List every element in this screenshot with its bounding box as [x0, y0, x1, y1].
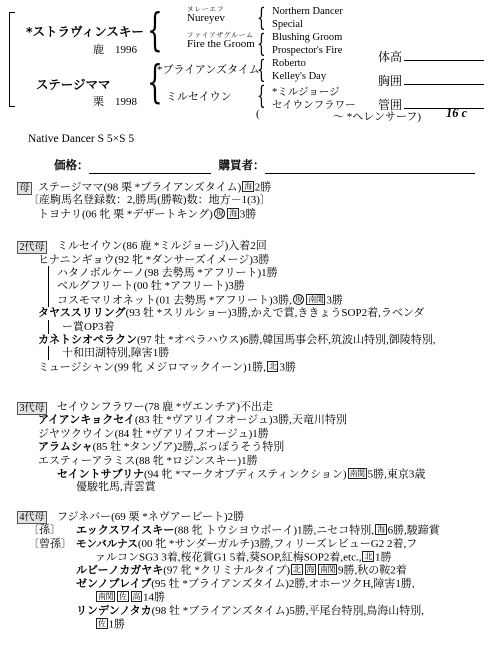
region-mark: 海: [305, 564, 317, 575]
race-record-text: (92 牝 *ダンサーズイメージ)3勝: [115, 254, 270, 266]
measurement-girth: 胸囲: [378, 72, 484, 90]
tree-bar: [48, 293, 49, 307]
race-record-text: 1勝: [109, 618, 126, 630]
line-content: タヤススリリング(93 牡 *スリルショー)3勝,かえで賞,ききょうSOP2着,…: [0, 307, 424, 320]
catalog-body: 母ステージママ(98 栗 *ブライアンズタイム)海2勝〔産駒馬名登録数：2,勝馬…: [0, 181, 500, 631]
race-record-text: (98 去勢馬 *アフリート)1勝: [144, 267, 277, 279]
horse-line: ー賞OP3着: [0, 321, 500, 334]
measurement-label: 胸囲: [378, 74, 402, 88]
race-record-text: 優駿牝馬,青雲賞: [76, 481, 156, 493]
horse-line: タヤススリリング(93 牡 *スリルショー)3勝,かえで賞,ききょうSOP2着,…: [0, 307, 500, 320]
horse-name: リンデンノタカ: [76, 605, 152, 617]
horse-line: 2代母ミルセイウン(86 鹿 *ミルジョージ)入着2回: [0, 240, 500, 253]
horse-line: ヒナニンギョウ(92 牝 *ダンサーズイメージ)3勝: [0, 254, 500, 267]
line-content: 優駿牝馬,青雲賞: [0, 481, 156, 494]
horse-name: ミルセイウン: [57, 240, 123, 252]
race-record-text: 6勝,駿蹄賞: [388, 525, 440, 537]
ggp-brace-4: {: [257, 83, 266, 109]
family-open-paren: (: [256, 108, 260, 120]
ggp-brace-1: {: [257, 5, 266, 31]
race-record-text: (88 牝 *ロジンスキー)1勝: [135, 455, 257, 467]
ggp-name: Special: [272, 19, 303, 30]
horse-line: 母ステージママ(98 栗 *ブライアンズタイム)海2勝: [0, 181, 500, 194]
horse-name: アラムシャ: [38, 441, 93, 453]
horse-name: タヤススリリング: [38, 307, 126, 319]
horse-name: ミュージシャン: [38, 361, 114, 373]
section-label: 3代母: [17, 402, 47, 415]
pedigree-section: 3代母セイウンフラワー(78 鹿 *ヴエンチア)不出走アイアンキョクセイ(83 …: [0, 401, 500, 495]
grandsire-name: Nureyev: [187, 12, 225, 24]
price-label: 価格：: [54, 160, 89, 172]
race-record-text: 5勝,東京3歳: [368, 469, 426, 481]
race-record-text: (00 牡 *アフリート)3勝: [133, 280, 244, 292]
race-record-text: 1勝: [375, 551, 392, 563]
race-record-text: 3勝: [240, 208, 257, 220]
sire-brace: {: [147, 7, 163, 53]
line-content: トヨナリ(06 牝 栗 *デザートキング)現海3勝: [0, 208, 256, 222]
pedigree-outer-bracket: [9, 12, 15, 107]
pedigree-section: 2代母ミルセイウン(86 鹿 *ミルジョージ)入着2回ヒナニンギョウ(92 牝 …: [0, 240, 500, 374]
status-mark: 現: [293, 294, 305, 305]
dam-coat-year: 栗 1998: [93, 93, 137, 109]
race-record-text: 3勝: [279, 361, 296, 373]
horse-line: コスモマリオネット(01 去勢馬 *アフリート)3勝,現南関3勝: [0, 294, 500, 307]
region-mark: 海: [375, 524, 387, 535]
line-content: ー賞OP3着: [0, 321, 115, 334]
horse-line: ベルグフリート(00 牡 *アフリート)3勝: [0, 280, 500, 293]
measurement-label: 体高: [378, 50, 402, 64]
horse-line: ハタノボルケーノ(98 去勢馬 *アフリート)1勝: [0, 267, 500, 280]
catalog-page: *ストラヴィンスキー 鹿 1996 ステージママ 栗 1998 { { ヌレーエ…: [0, 0, 500, 653]
tree-bar: [48, 346, 49, 360]
horse-name: モンバルナス: [76, 538, 138, 550]
horse-name: カネトシオペラクン: [38, 334, 137, 346]
horse-line: 〔産駒馬名登録数：2,勝馬(勝鞍)数：地方－1(3)〕: [0, 194, 500, 207]
line-content: アラムシャ(85 牡 *タンゾア)2勝,ぶっぽうそう特別: [0, 441, 284, 454]
sire-name: *ストラヴィンスキー: [26, 22, 144, 40]
horse-name: フジネバー: [57, 511, 111, 523]
horse-line: 十和田湖特別,障害1勝: [0, 347, 500, 360]
race-record-text: 〔産駒馬名登録数：2,勝馬(勝鞍)数：地方－1(3)〕: [28, 194, 271, 206]
line-content: ゼンノブレイブ(95 牡 *ブライアンズタイム)2勝,オホーツクH,障害1勝,: [0, 578, 415, 591]
horse-name: ステージママ: [38, 182, 104, 194]
region-mark: 海: [242, 181, 254, 192]
horse-name: ハタノボルケーノ: [57, 267, 144, 279]
horse-line: ミュージシャン(99 牝 メジロマックイーン)1勝,北3勝: [0, 361, 500, 374]
horse-line: ゼンノブレイブ(95 牡 *ブライアンズタイム)2勝,オホーツクH,障害1勝,: [0, 578, 500, 591]
tree-bar: [48, 279, 49, 293]
horse-line: 〔曾孫〕モンバルナス(00 牝 *サンダーガルチ)3勝,フィリーズレビューG2 …: [0, 538, 500, 551]
region-mark: 北: [267, 361, 279, 372]
race-record-text: (88 牝 トウシヨウボーイ)1勝,ニセコ特別,: [174, 525, 374, 537]
region-mark: 南関: [348, 468, 367, 479]
region-mark: 北: [291, 564, 303, 575]
granddam-damside-name: ミルセイウン: [166, 88, 232, 104]
line-content: 十和田湖特別,障害1勝: [0, 347, 169, 360]
race-record-text: (97 牡 *オペラハウス)6勝,韓国馬事会杯,筑波山特別,御陵特別,: [137, 334, 436, 346]
race-record-text: (00 牝 *サンダーガルチ)3勝,フィリーズレビューG2 2着,フ: [138, 538, 417, 550]
race-record-text: (95 牡 *ブライアンズタイム)2勝,オホーツクH,障害1勝,: [151, 578, 414, 590]
measurement-blank: [404, 48, 484, 61]
ggp-name: Northern Dancer: [272, 6, 343, 17]
region-mark: 佐: [96, 618, 108, 629]
horse-name: ベルグフリート: [57, 280, 133, 292]
region-mark: 佐: [117, 591, 129, 602]
family-number: 16 c: [446, 106, 467, 121]
ggp-name: Kelley's Day: [272, 71, 326, 82]
measurement-height: 体高: [378, 48, 484, 66]
line-content: アイアンキョクセイ(83 牡 *ヴアリイフオージュ)3勝,天竜川特別: [0, 414, 347, 427]
horse-name: エスティーアラミス: [38, 455, 135, 467]
section-label: 2代母: [17, 241, 47, 254]
race-record-text: (99 牝 メジロマックイーン)1勝,: [114, 361, 266, 373]
pedigree-chart: *ストラヴィンスキー 鹿 1996 ステージママ 栗 1998 { { ヌレーエ…: [0, 0, 500, 128]
race-record-text: 3勝: [326, 294, 343, 306]
race-record-text: (01 去勢馬 *アフリート)3勝,: [156, 294, 292, 306]
inbreeding-note: Native Dancer S 5×S 5: [28, 133, 134, 145]
buyer-blank: [265, 160, 475, 174]
line-content: ルビーノカガヤキ(97 牝 *クリミナルタイプ)北海南関9勝,秋の鞍2着: [0, 564, 407, 578]
region-mark: 南関: [96, 591, 115, 602]
horse-line: アラムシャ(85 牡 *タンゾア)2勝,ぶっぽうそう特別: [0, 441, 500, 454]
race-record-text: (98 牡 *ブライアンズタイム)5勝,平尾台特別,鳥海山特別,: [152, 605, 424, 617]
ggp-name: Prospector's Fire: [272, 45, 342, 56]
race-record-text: (93 牡 *スリルショー)3勝,かえで賞,ききょうSOP2着,ラベンダ: [126, 307, 425, 319]
generation-label: 〔曾孫〕: [28, 538, 72, 551]
ggp-name: Roberto: [272, 58, 306, 69]
horse-line: 優駿牝馬,青雲賞: [0, 481, 500, 494]
race-record-text: (97 牝 *クリミナルタイプ): [163, 565, 290, 577]
race-record-text: (69 栗 *ネヴアービート)2勝: [111, 511, 244, 523]
line-content: ベルグフリート(00 牡 *アフリート)3勝: [0, 280, 245, 293]
horse-line: トヨナリ(06 牝 栗 *デザートキング)現海3勝: [0, 208, 500, 221]
line-content: 〔産駒馬名登録数：2,勝馬(勝鞍)数：地方－1(3)〕: [0, 194, 271, 207]
horse-name: ゼンノブレイブ: [76, 578, 151, 590]
ggp-brace-3: {: [257, 57, 266, 83]
family-tail-ancestor: ～ *ヘレンサーフ): [333, 108, 421, 124]
horse-name: セイウンフラワー: [57, 401, 145, 413]
region-mark: 高: [131, 591, 143, 602]
horse-line: 3代母セイウンフラワー(78 鹿 *ヴエンチア)不出走: [0, 401, 500, 414]
sire-coat-year: 鹿 1996: [93, 41, 137, 57]
race-record-text: (94 牝 *マークオブディスティンクション): [144, 469, 347, 481]
ggp-name: Blushing Groom: [272, 32, 342, 43]
race-record-text: ァルコンSG3 3着,桜花賞G1 5着,葵SOP,紅梅SOP2着,etc.,: [95, 551, 361, 563]
horse-line: セイントサブリナ(94 牝 *マークオブディスティンクション)南関5勝,東京3歳: [0, 468, 500, 481]
race-record-text: 2勝: [255, 182, 272, 194]
granddam-sireside-name: Fire the Groom: [187, 38, 255, 50]
line-content: 南関佐高14勝: [0, 591, 165, 605]
tree-bar: [48, 266, 49, 280]
region-mark: 海: [227, 208, 239, 219]
line-content: セイントサブリナ(94 牝 *マークオブディスティンクション)南関5勝,東京3歳: [0, 468, 425, 482]
race-record-text: (98 栗 *ブライアンズタイム): [104, 182, 242, 194]
pedigree-section: 4代母フジネバー(69 栗 *ネヴアービート)2勝〔孫〕エックスワイスキー(88…: [0, 511, 500, 632]
line-content: リンデンノタカ(98 牡 *ブライアンズタイム)5勝,平尾台特別,鳥海山特別,: [0, 605, 424, 618]
horse-name: アイアンキョクセイ: [38, 414, 135, 426]
horse-line: ルビーノカガヤキ(97 牝 *クリミナルタイプ)北海南関9勝,秋の鞍2着: [0, 564, 500, 577]
region-mark: 南関: [306, 294, 325, 305]
line-content: ァルコンSG3 3着,桜花賞G1 5着,葵SOP,紅梅SOP2着,etc.,北1…: [0, 551, 391, 565]
ggp-brace-2: {: [257, 31, 266, 57]
race-record-text: 十和田湖特別,障害1勝: [62, 347, 169, 359]
buyer-label: 購買者：: [219, 160, 265, 172]
line-content: ジヤツクウイン(84 牡 *ヴアリイフオージュ)1勝: [0, 428, 269, 441]
horse-name: セイントサブリナ: [57, 469, 144, 481]
generation-label: 〔孫〕: [28, 524, 61, 537]
horse-line: カネトシオペラクン(97 牡 *オペラハウス)6勝,韓国馬事会杯,筑波山特別,御…: [0, 334, 500, 347]
race-record-text: (83 牡 *ヴアリイフオージュ)3勝,天竜川特別: [135, 414, 347, 426]
line-content: ミュージシャン(99 牝 メジロマックイーン)1勝,北3勝: [0, 361, 296, 375]
status-mark: 現: [214, 208, 226, 219]
horse-name: トヨナリ: [38, 208, 82, 220]
region-mark: 南関: [318, 564, 337, 575]
race-record-text: (85 牡 *タンゾア)2勝,ぶっぽうそう特別: [93, 441, 285, 453]
line-content: ハタノボルケーノ(98 去勢馬 *アフリート)1勝: [0, 267, 278, 280]
horse-line: エスティーアラミス(88 牝 *ロジンスキー)1勝: [0, 455, 500, 468]
line-content: エスティーアラミス(88 牝 *ロジンスキー)1勝: [0, 455, 258, 468]
horse-line: アイアンキョクセイ(83 牡 *ヴアリイフオージュ)3勝,天竜川特別: [0, 414, 500, 427]
race-record-text: (78 鹿 *ヴエンチア)不出走: [145, 401, 273, 413]
pedigree-section: 母ステージママ(98 栗 *ブライアンズタイム)海2勝〔産駒馬名登録数：2,勝馬…: [0, 181, 500, 221]
grandsire-damside-name: *ブライアンズタイム: [157, 61, 260, 77]
race-record-text: ー賞OP3着: [62, 321, 115, 333]
race-record-text: (84 牡 *ヴアリイフオージュ)1勝: [115, 428, 269, 440]
race-record-text: 9勝,秋の鞍2着: [338, 565, 407, 577]
horse-line: 南関佐高14勝: [0, 591, 500, 604]
dam-name: ステージママ: [36, 75, 111, 93]
horse-line: 4代母フジネバー(69 栗 *ネヴアービート)2勝: [0, 511, 500, 524]
horse-name: ジヤツクウイン: [38, 428, 115, 440]
line-content: ステージママ(98 栗 *ブライアンズタイム)海2勝: [0, 181, 271, 195]
horse-line: ァルコンSG3 3着,桜花賞G1 5着,葵SOP,紅梅SOP2着,etc.,北1…: [0, 551, 500, 564]
region-mark: 北: [362, 551, 374, 562]
race-record-text: (06 牝 栗 *デザートキング): [82, 208, 213, 220]
horse-name: エックスワイスキー: [76, 525, 174, 537]
line-content: エックスワイスキー(88 牝 トウシヨウボーイ)1勝,ニセコ特別,海6勝,駿蹄賞: [0, 524, 440, 538]
measurement-blank: [404, 72, 484, 85]
tree-bar: [48, 320, 49, 334]
horse-line: 佐1勝: [0, 618, 500, 631]
race-record-text: (86 鹿 *ミルジョージ)入着2回: [123, 240, 267, 252]
line-content: 佐1勝: [0, 618, 125, 632]
race-record-text: 14勝: [143, 592, 165, 604]
price-blank: [89, 160, 211, 174]
section-label: 4代母: [17, 511, 47, 524]
horse-line: 〔孫〕エックスワイスキー(88 牝 トウシヨウボーイ)1勝,ニセコ特別,海6勝,…: [0, 524, 500, 537]
section-label: 母: [17, 182, 32, 195]
horse-line: ジヤツクウイン(84 牡 *ヴアリイフオージュ)1勝: [0, 428, 500, 441]
line-content: コスモマリオネット(01 去勢馬 *アフリート)3勝,現南関3勝: [0, 294, 343, 308]
price-buyer-row: 価格：購買者：: [54, 156, 475, 174]
horse-name: コスモマリオネット: [57, 294, 156, 306]
line-content: ヒナニンギョウ(92 牝 *ダンサーズイメージ)3勝: [0, 254, 269, 267]
horse-line: リンデンノタカ(98 牡 *ブライアンズタイム)5勝,平尾台特別,鳥海山特別,: [0, 605, 500, 618]
line-content: カネトシオペラクン(97 牡 *オペラハウス)6勝,韓国馬事会杯,筑波山特別,御…: [0, 334, 436, 347]
horse-name: ヒナニンギョウ: [38, 254, 115, 266]
horse-name: ルビーノカガヤキ: [76, 565, 163, 577]
